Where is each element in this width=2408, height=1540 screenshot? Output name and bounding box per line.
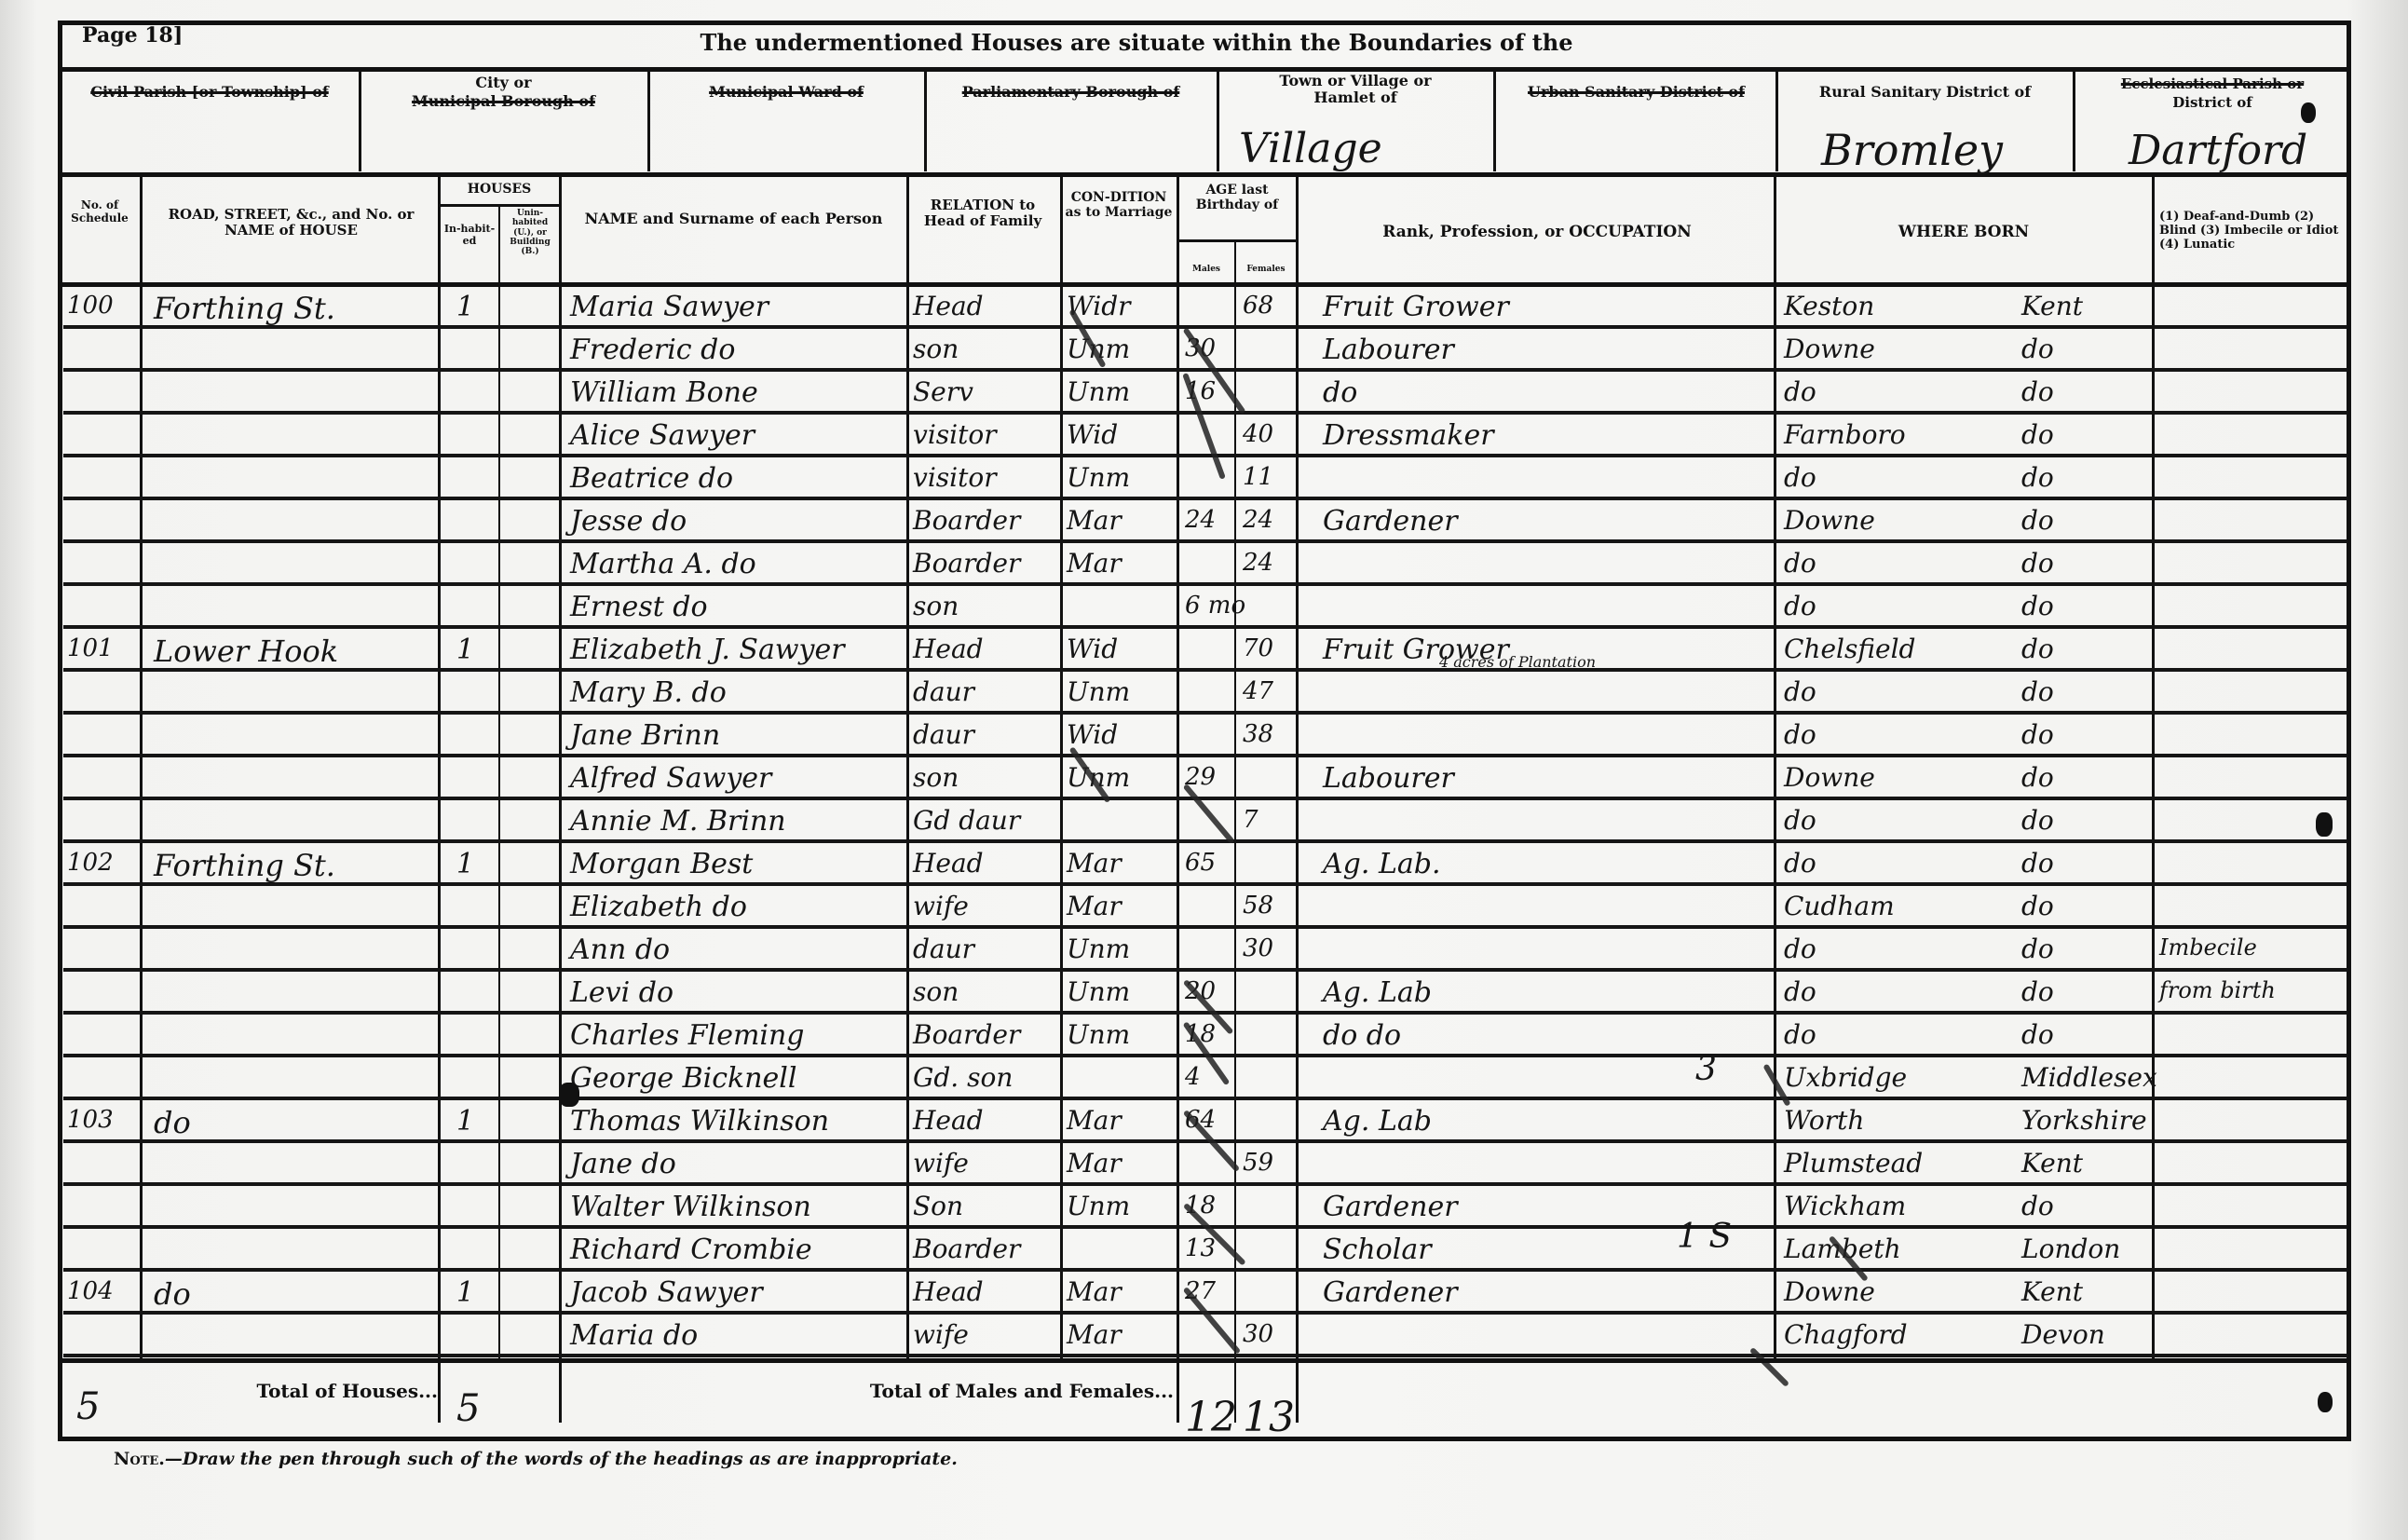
cell-female-age: 68	[1243, 293, 1273, 318]
cell-born-place: Uxbridge	[1784, 1065, 1907, 1091]
cell-male-age: 24	[1185, 508, 1216, 532]
col-header-occupation: Rank, Profession, or OCCUPATION	[1304, 224, 1770, 242]
cell-born-place: do	[1784, 722, 1816, 748]
cell-condition: Mar	[1067, 893, 1122, 920]
ink-blot	[2318, 1392, 2333, 1412]
cell-condition: Mar	[1067, 1108, 1122, 1134]
cell-born-county: do	[2021, 636, 2054, 662]
cell-condition: Unm	[1067, 936, 1130, 962]
cell-male-age: 29	[1185, 765, 1216, 789]
row-rule	[63, 1354, 2347, 1357]
cell-female-age: 70	[1243, 636, 1273, 661]
cell-condition: Wid	[1067, 422, 1118, 448]
cell-name: Maria Sawyer	[570, 293, 769, 321]
cell-born-county: Middlesex	[2021, 1065, 2157, 1091]
row-rule	[63, 454, 2347, 457]
row-rule	[63, 1097, 2347, 1100]
row-rule	[63, 968, 2347, 972]
cell-name: Levi do	[570, 979, 673, 1007]
cell-name: Jesse do	[570, 508, 687, 536]
cell-name: George Bicknell	[570, 1065, 797, 1093]
cell-born-county: do	[2021, 465, 2054, 491]
cell-condition: Unm	[1067, 1022, 1130, 1048]
col-header-uninhabited: Unin-habited (U.), or Building (B.)	[501, 209, 559, 257]
cell-relation: son	[913, 593, 959, 620]
row-rule	[63, 325, 2347, 329]
cell-name: Richard Crombie	[570, 1236, 812, 1264]
cell-relation: Head	[913, 636, 984, 662]
cell-occupation: Gardener	[1323, 1279, 1458, 1307]
cell-road: Lower Hook	[154, 636, 338, 666]
cell-inhabited: 1	[456, 1108, 474, 1136]
cell-born-place: Downe	[1784, 765, 1875, 791]
footer-note-prefix: Note.	[114, 1449, 165, 1469]
cell-road: Forthing St.	[154, 851, 335, 880]
boundary-ecclesiastical-value: Dartford	[2129, 130, 2307, 171]
cell-occupation: Gardener	[1323, 1193, 1458, 1221]
cell-name: Elizabeth do	[570, 893, 747, 921]
boundary-town-village-label: Town or Village or Hamlet of	[1253, 73, 1458, 107]
col-header-males: Males	[1179, 265, 1233, 274]
col-header-age: AGE last Birthday of	[1178, 183, 1296, 212]
row-rule	[63, 839, 2347, 843]
cell-born-county: do	[2021, 679, 2054, 705]
cell-name: Maria do	[570, 1322, 698, 1350]
cell-occupation: Labourer	[1323, 765, 1454, 793]
cell-condition: Unm	[1067, 979, 1130, 1005]
cell-schedule: 104	[67, 1279, 114, 1303]
row-rule	[63, 1011, 2347, 1015]
row-rule	[63, 625, 2347, 629]
cell-born-county: do	[2021, 979, 2054, 1005]
cell-female-age: 7	[1243, 808, 1258, 832]
cell-inhabited: 1	[456, 636, 474, 664]
cell-born-place: Plumstead	[1784, 1151, 1923, 1177]
cell-condition: Unm	[1067, 679, 1130, 705]
cell-relation: Gd. son	[913, 1065, 1013, 1091]
cell-male-age: 4	[1185, 1065, 1201, 1089]
boundary-parliamentary-borough-label: Parliamentary Borough of	[927, 84, 1215, 101]
cell-condition: Wid	[1067, 636, 1118, 662]
cell-name: Alice Sawyer	[570, 422, 755, 450]
cell-born-place: Cudham	[1784, 893, 1895, 920]
cell-born-county: Yorkshire	[2021, 1108, 2147, 1134]
cell-name: Elizabeth J. Sawyer	[570, 636, 845, 664]
cell-female-age: 38	[1243, 722, 1273, 746]
row-rule	[63, 497, 2347, 500]
cell-name: William Bone	[570, 379, 758, 407]
cell-relation: Boarder	[913, 508, 1020, 534]
cell-born-place: Wickham	[1784, 1193, 1906, 1220]
cell-schedule: 101	[67, 636, 114, 661]
cell-born-county: do	[2021, 936, 2054, 962]
boundary-rural-sanitary-value: Bromley	[1821, 129, 2003, 171]
cell-born-place: Farnboro	[1784, 422, 1906, 448]
boundary-city-label: City or	[361, 75, 646, 91]
cell-name: Frederic do	[570, 336, 735, 364]
row-rule	[63, 1268, 2347, 1272]
cell-female-age: 59	[1243, 1151, 1273, 1175]
cell-born-county: do	[2021, 1022, 2054, 1048]
cell-born-place: do	[1784, 979, 1816, 1005]
cell-condition: Mar	[1067, 551, 1122, 577]
cell-born-county: do	[2021, 765, 2054, 791]
total-schedules: 5	[76, 1388, 100, 1425]
cell-relation: son	[913, 336, 959, 362]
cell-condition: Mar	[1067, 1322, 1122, 1348]
boundary-civil-parish-label: Civil Parish [or Township] of	[61, 84, 358, 101]
row-rule	[63, 1139, 2347, 1143]
cell-born-county: Kent	[2021, 1279, 2083, 1305]
cell-occupation: Gardener	[1323, 508, 1458, 536]
margin-mark: 1 S	[1677, 1220, 1732, 1254]
cell-born-place: Downe	[1784, 336, 1875, 362]
cell-relation: Head	[913, 851, 984, 877]
cell-relation: Son	[913, 1193, 963, 1220]
cell-born-place: do	[1784, 551, 1816, 577]
row-rule	[63, 754, 2347, 757]
cell-female-age: 58	[1243, 893, 1273, 918]
cell-road: Forthing St.	[154, 293, 335, 323]
ink-blot	[559, 1083, 579, 1107]
row-rule	[63, 539, 2347, 543]
cell-inhabited: 1	[456, 851, 474, 879]
cell-relation: Serv	[913, 379, 973, 405]
footer-note: Note.—Draw the pen through such of the w…	[114, 1450, 958, 1470]
boundary-municipal-borough-label: Municipal Borough of	[361, 93, 646, 110]
cell-male-age: 6 mo	[1185, 593, 1245, 618]
cell-name: Jane do	[570, 1151, 676, 1179]
row-rule	[63, 925, 2347, 929]
cell-infirmity: from birth	[2159, 979, 2276, 1002]
row-rule	[63, 411, 2347, 415]
cell-born-county: do	[2021, 593, 2054, 620]
cell-relation: wife	[913, 1151, 969, 1177]
cell-condition: Wid	[1067, 722, 1118, 748]
cell-name: Ernest do	[570, 593, 708, 621]
cell-infirmity: Imbecile	[2159, 936, 2257, 959]
cell-name: Ann do	[570, 936, 670, 964]
cell-condition: Unm	[1067, 1193, 1130, 1220]
ink-blot	[2301, 102, 2316, 123]
row-rule	[63, 368, 2347, 372]
cell-born-county: Kent	[2021, 1151, 2083, 1177]
cell-name: Alfred Sawyer	[570, 765, 771, 793]
cell-born-county: do	[2021, 422, 2054, 448]
cell-born-county: do	[2021, 1193, 2054, 1220]
cell-relation: Head	[913, 293, 984, 320]
cell-born-county: do	[2021, 808, 2054, 834]
cell-occupation: do do	[1323, 1022, 1401, 1050]
col-header-inhabited: In-habit-ed	[442, 224, 497, 247]
cell-female-age: 24	[1243, 551, 1273, 575]
cell-name: Charles Fleming	[570, 1022, 805, 1050]
ink-blot	[2316, 812, 2333, 837]
cell-occupation: Ag. Lab	[1323, 1108, 1432, 1136]
cell-born-county: do	[2021, 851, 2054, 877]
page-title: The undermentioned Houses are situate wi…	[578, 30, 1695, 56]
cell-relation: wife	[913, 1322, 969, 1348]
cell-occupation-note: 4 acres of Plantation	[1439, 655, 1596, 670]
cell-road: do	[154, 1279, 191, 1309]
cell-born-county: do	[2021, 722, 2054, 748]
cell-female-age: 24	[1243, 508, 1273, 532]
cell-relation: Boarder	[913, 551, 1020, 577]
cell-occupation: Ag. Lab.	[1323, 851, 1441, 879]
cell-name: Beatrice do	[570, 465, 733, 493]
boundary-rural-sanitary-label: Rural Sanitary District of	[1778, 84, 2072, 101]
cell-born-place: do	[1784, 1022, 1816, 1048]
cell-relation: son	[913, 765, 959, 791]
row-rule	[63, 668, 2347, 672]
cell-condition: Mar	[1067, 1151, 1122, 1177]
cell-born-place: do	[1784, 808, 1816, 834]
row-rule	[63, 582, 2347, 586]
cell-relation: Gd daur	[913, 808, 1020, 834]
census-page: Page 18] The undermentioned Houses are s…	[0, 0, 2408, 1540]
cell-relation: visitor	[913, 465, 997, 491]
cell-born-place: do	[1784, 936, 1816, 962]
total-females: 13	[1243, 1397, 1295, 1438]
cell-name: Walter Wilkinson	[570, 1193, 811, 1221]
cell-born-place: Chelsfield	[1784, 636, 1915, 662]
cell-relation: Head	[913, 1108, 984, 1134]
cell-born-place: Chagford	[1784, 1322, 1908, 1348]
cell-relation: Boarder	[913, 1022, 1020, 1048]
cell-born-county: do	[2021, 893, 2054, 920]
cell-born-place: do	[1784, 679, 1816, 705]
cell-female-age: 40	[1243, 422, 1273, 446]
cell-occupation: do	[1323, 379, 1357, 407]
cell-schedule: 102	[67, 851, 114, 875]
cell-relation: Boarder	[913, 1236, 1020, 1262]
cell-relation: daur	[913, 936, 974, 962]
cell-born-place: Downe	[1784, 1279, 1875, 1305]
cell-born-place: do	[1784, 465, 1816, 491]
total-houses-label: Total of Houses...	[186, 1381, 438, 1402]
cell-name: Martha A. do	[570, 551, 756, 579]
cell-relation: wife	[913, 893, 969, 920]
cell-male-age: 13	[1185, 1236, 1216, 1261]
cell-name: Morgan Best	[570, 851, 753, 879]
cell-born-county: do	[2021, 336, 2054, 362]
cell-schedule: 103	[67, 1108, 114, 1132]
cell-female-age: 30	[1243, 936, 1273, 961]
cell-relation: son	[913, 979, 959, 1005]
cell-occupation: Scholar	[1323, 1236, 1432, 1264]
cell-inhabited: 1	[456, 293, 474, 321]
total-males: 12	[1185, 1397, 1237, 1438]
row-rule	[63, 882, 2347, 886]
cell-occupation: Dressmaker	[1323, 422, 1494, 450]
cell-schedule: 100	[67, 293, 114, 318]
cell-born-county: Kent	[2021, 293, 2083, 320]
cell-condition: Mar	[1067, 1279, 1122, 1305]
cell-male-age: 65	[1185, 851, 1216, 875]
cell-born-county: London	[2021, 1236, 2120, 1262]
cell-born-county: do	[2021, 551, 2054, 577]
cell-occupation: Labourer	[1323, 336, 1454, 364]
row-rule	[63, 711, 2347, 715]
cell-female-age: 11	[1243, 465, 1273, 489]
col-header-where-born: WHERE BORN	[1777, 224, 2150, 242]
cell-name: Annie M. Brinn	[570, 808, 786, 836]
cell-female-age: 30	[1243, 1322, 1273, 1346]
boundary-ecclesiastical-label: Ecclesiastical Parish or	[2075, 76, 2349, 92]
cell-name: Jane Brinn	[570, 722, 720, 750]
cell-occupation: Fruit Grower	[1323, 293, 1509, 321]
col-header-relation: RELATION to Head of Family	[908, 198, 1057, 230]
cell-name: Jacob Sawyer	[570, 1279, 763, 1307]
col-header-condition: CON-DITION as to Marriage	[1064, 190, 1174, 220]
cell-relation: Head	[913, 1279, 984, 1305]
cell-occupation: Ag. Lab	[1323, 979, 1432, 1007]
total-persons-label: Total of Males and Females...	[782, 1381, 1174, 1402]
cell-relation: visitor	[913, 422, 997, 448]
boundary-urban-sanitary-label: Urban Sanitary District of	[1499, 84, 1774, 101]
col-header-road: ROAD, STREET, &c., and No. or NAME of HO…	[149, 207, 433, 239]
total-houses: 5	[456, 1390, 480, 1427]
cell-born-county: do	[2021, 379, 2054, 405]
col-header-schedule: No. of Schedule	[61, 199, 138, 225]
cell-condition: Mar	[1067, 851, 1122, 877]
cell-condition: Mar	[1067, 508, 1122, 534]
cell-born-place: Worth	[1784, 1108, 1864, 1134]
page-number: Page 18]	[82, 24, 183, 48]
boundary-municipal-ward-label: Municipal Ward of	[650, 84, 922, 101]
cell-born-place: do	[1784, 851, 1816, 877]
col-header-houses: HOUSES	[440, 182, 559, 197]
cell-born-county: Devon	[2021, 1322, 2105, 1348]
cell-name: Mary B. do	[570, 679, 727, 707]
cell-name: Thomas Wilkinson	[570, 1108, 829, 1136]
footer-note-text: —Draw the pen through such of the words …	[165, 1449, 958, 1469]
boundary-town-village-value: Village	[1239, 129, 1382, 170]
cell-relation: daur	[913, 722, 974, 748]
row-rule	[63, 797, 2347, 800]
cell-born-county: do	[2021, 508, 2054, 534]
col-header-name: NAME and Surname of each Person	[568, 211, 899, 227]
cell-condition: Unm	[1067, 465, 1130, 491]
cell-female-age: 47	[1243, 679, 1273, 703]
col-header-females: Females	[1237, 265, 1295, 274]
cell-born-place: do	[1784, 593, 1816, 620]
cell-condition: Unm	[1067, 379, 1130, 405]
cell-born-place: Keston	[1784, 293, 1874, 320]
col-header-infirmity: (1) Deaf-and-Dumb (2) Blind (3) Imbecile…	[2159, 211, 2346, 252]
cell-inhabited: 1	[456, 1279, 474, 1307]
cell-born-place: Downe	[1784, 508, 1875, 534]
cell-born-place: do	[1784, 379, 1816, 405]
margin-mark: 3	[1695, 1053, 1717, 1086]
row-rule	[63, 1182, 2347, 1186]
cell-relation: daur	[913, 679, 974, 705]
cell-road: do	[154, 1108, 191, 1138]
